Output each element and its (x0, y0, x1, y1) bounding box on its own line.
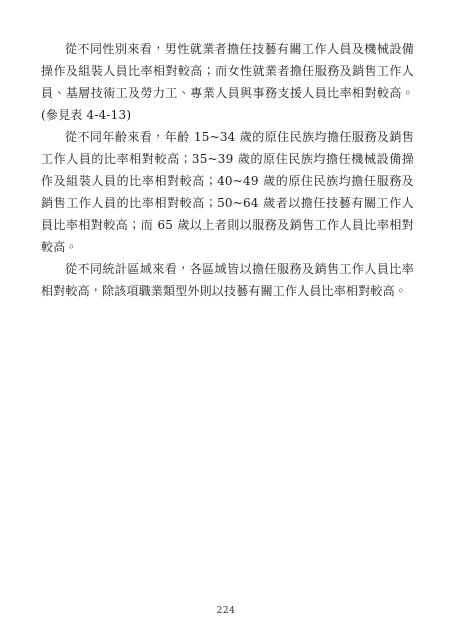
body-text-block: 從不同性別來看，男性就業者擔任技藝有關工作人員及機械設備操作及組裝人員比率相對較… (41, 38, 414, 302)
page-number: 224 (217, 606, 236, 616)
paragraph-gender-analysis: 從不同性別來看，男性就業者擔任技藝有關工作人員及機械設備操作及組裝人員比率相對較… (41, 38, 414, 126)
page-footer: 224 (0, 598, 452, 617)
paragraph-age-analysis: 從不同年齡來看，年齡 15~34 歲的原住民族均擔任服務及銷售工作人員的比率相對… (41, 126, 414, 258)
document-page: 從不同性別來看，男性就業者擔任技藝有關工作人員及機械設備操作及組裝人員比率相對較… (0, 0, 452, 640)
paragraph-region-analysis: 從不同統計區域來看，各區域皆以擔任服務及銷售工作人員比率相對較高，除該項職業類型… (41, 258, 414, 302)
